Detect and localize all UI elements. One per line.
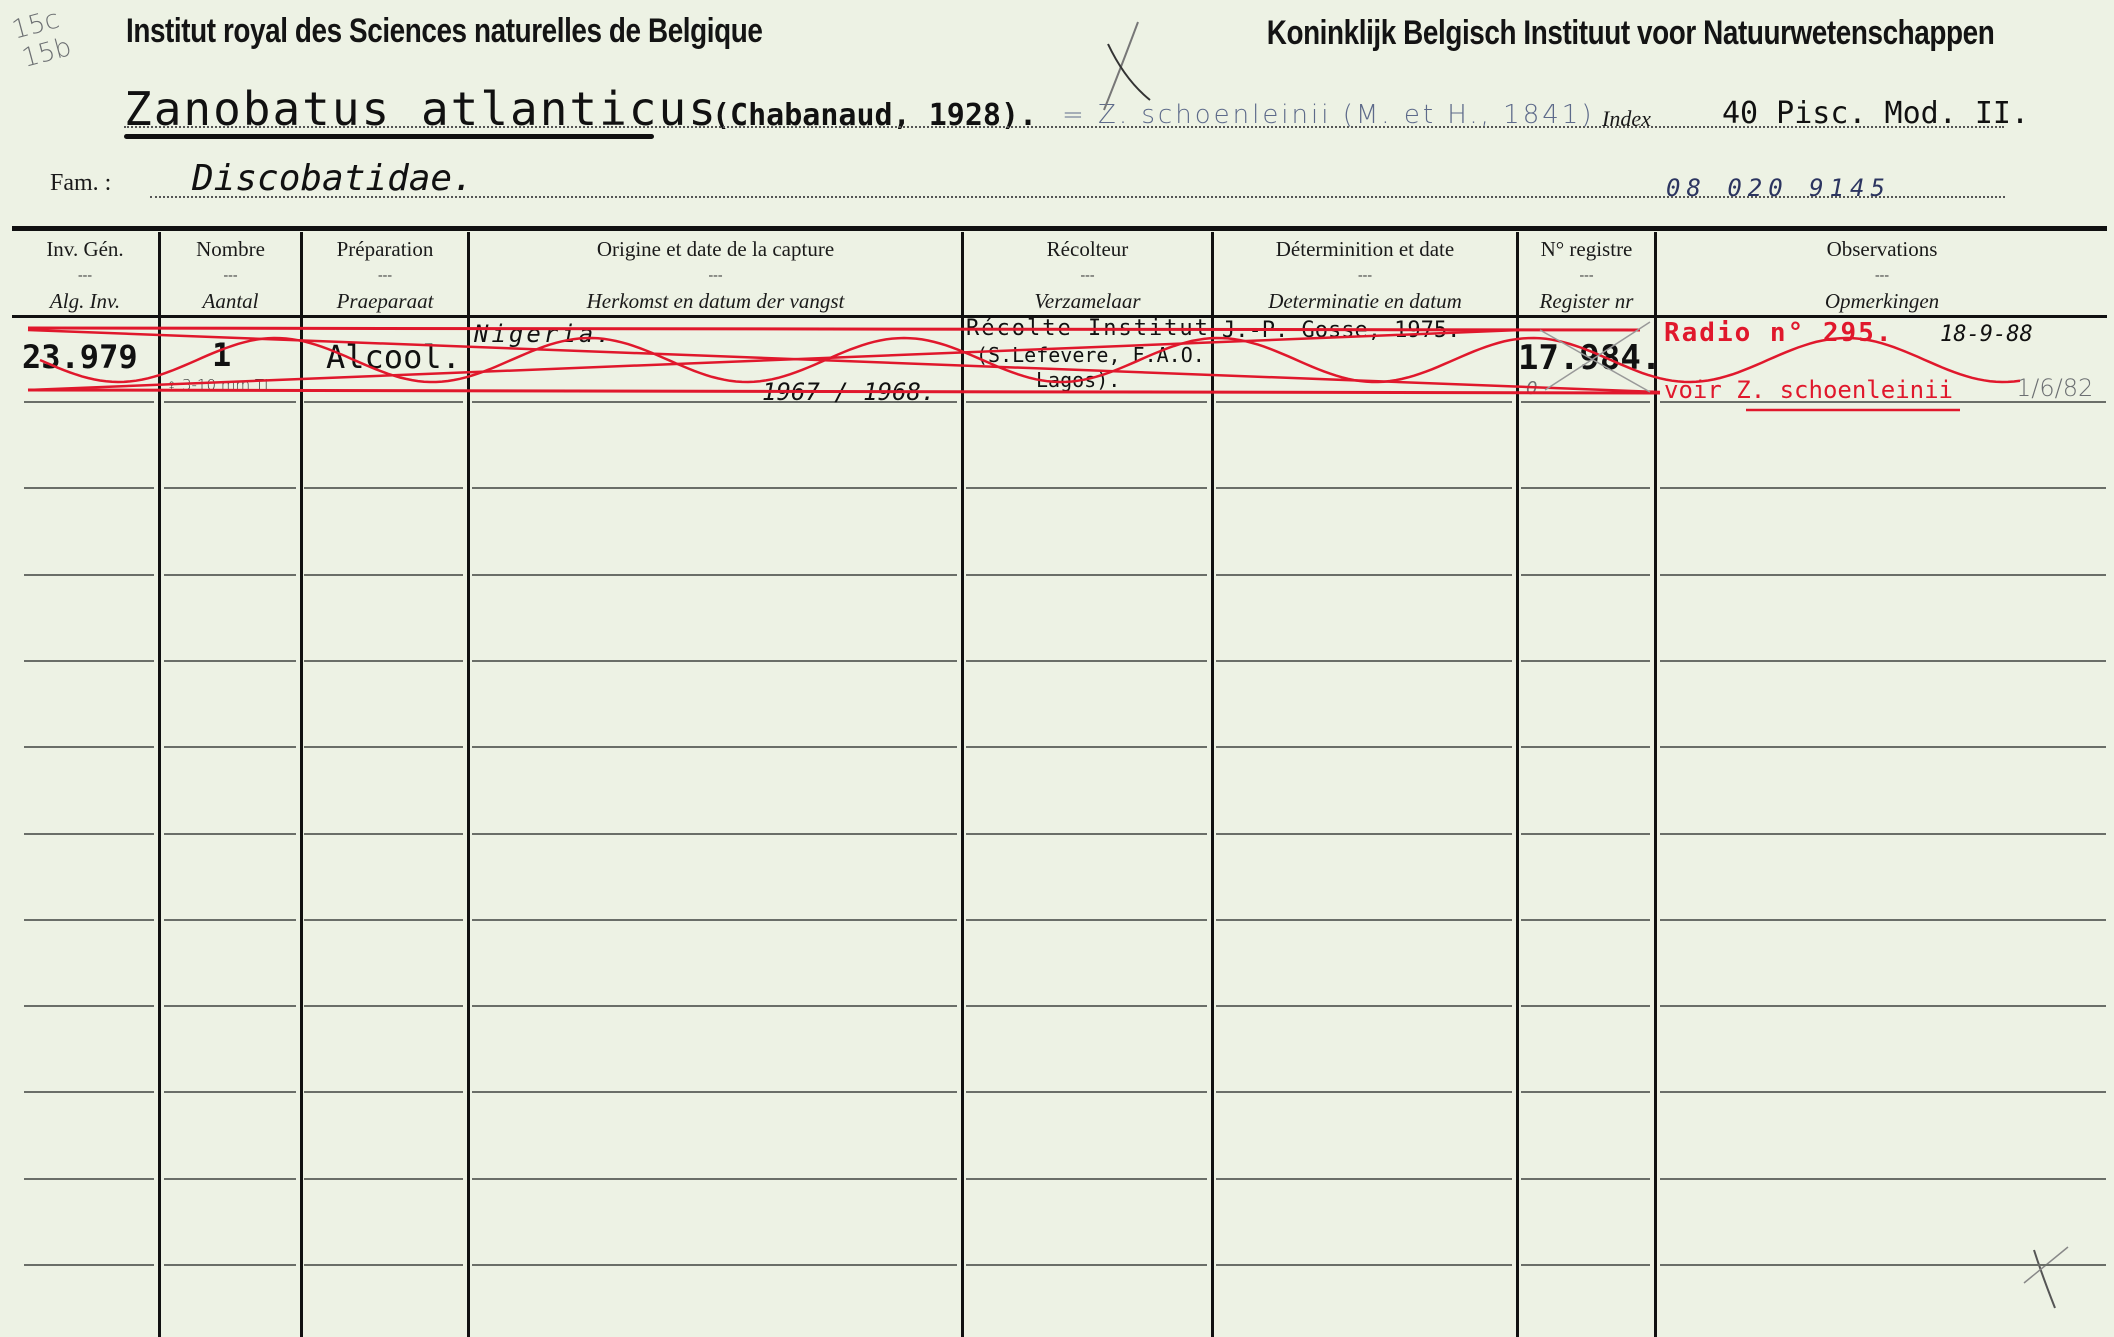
row-rule-line: [1660, 1091, 2106, 1093]
cell-obs-redetermination-date: 1/6/82: [2016, 374, 2093, 402]
row-rule-line: [966, 574, 1207, 576]
index-label: Index: [1602, 106, 1651, 132]
cell-recolteur-line2: (S.Lefevere, F.A.O.: [976, 343, 1205, 367]
cell-obs-radio-date: 18-9-88: [1940, 322, 2033, 347]
row-rule-line: [472, 1091, 957, 1093]
row-rule-line: [1216, 660, 1512, 662]
row-rule-line: [164, 1091, 296, 1093]
col-header-sep: ---: [161, 268, 300, 283]
col-header-fr: Nombre: [161, 236, 300, 262]
row-rule-line: [24, 746, 154, 748]
col-header-inv-gen: Inv. Gén. --- Alg. Inv.: [12, 236, 158, 314]
cell-nombre-note: ♀ 3-10 mm TL: [166, 376, 272, 394]
col-divider-6: [1516, 232, 1519, 1337]
col-divider-1: [158, 232, 161, 1337]
row-rule-line: [1660, 1178, 2106, 1180]
cell-obs-radio: Radio n° 295.: [1664, 318, 1894, 348]
col-header-fr: Inv. Gén.: [12, 236, 158, 262]
row-rule-line: [164, 1005, 296, 1007]
row-rule-line: [1216, 1005, 1512, 1007]
row-rule-line: [1521, 1005, 1650, 1007]
col-header-fr: Déterminition et date: [1214, 236, 1516, 262]
species-dotted-line: [124, 126, 2004, 128]
row-rule-line: [472, 833, 957, 835]
row-rule-line: [164, 919, 296, 921]
row-rule-line: [304, 401, 463, 403]
row-rule-line: [966, 1005, 1207, 1007]
row-rule-line: [304, 574, 463, 576]
row-rule-line: [164, 660, 296, 662]
cell-nombre: 1: [212, 336, 231, 374]
row-rule-line: [1521, 487, 1650, 489]
species-underline: [124, 134, 654, 139]
cell-origine: Nigeria.: [474, 320, 614, 348]
row-rule-line: [304, 1264, 463, 1266]
col-header-nl: Opmerkingen: [1657, 288, 2107, 314]
row-rule-line: [1521, 833, 1650, 835]
col-divider-3: [467, 232, 470, 1337]
col-divider-5: [1211, 232, 1214, 1337]
row-rule-line: [1521, 1178, 1650, 1180]
row-rule-line: [1660, 919, 2106, 921]
row-rule-line: [472, 1178, 957, 1180]
row-rule-line: [1216, 1264, 1512, 1266]
cell-origine-date: 1967 / 1968.: [762, 378, 935, 406]
row-rule-line: [304, 1178, 463, 1180]
col-header-registre: N° registre --- Register nr: [1519, 236, 1654, 314]
col-header-sep: ---: [964, 268, 1211, 283]
col-header-observations: Observations --- Opmerkingen: [1657, 236, 2107, 314]
col-header-sep: ---: [1214, 268, 1516, 283]
row-rule-line: [1660, 746, 2106, 748]
col-header-recolteur: Récolteur --- Verzamelaar: [964, 236, 1211, 314]
row-rule-line: [966, 487, 1207, 489]
row-rule-line: [304, 1091, 463, 1093]
col-header-fr: Récolteur: [964, 236, 1211, 262]
row-rule-line: [24, 833, 154, 835]
row-rule-line: [164, 401, 296, 403]
row-rule-line: [966, 660, 1207, 662]
row-rule-line: [1216, 487, 1512, 489]
row-rule-line: [966, 1264, 1207, 1266]
row-rule-line: [472, 746, 957, 748]
row-rule-line: [966, 1091, 1207, 1093]
cell-recolteur-line1: Récolte Institut: [966, 316, 1210, 341]
row-rule-line: [1216, 919, 1512, 921]
row-rule-line: [304, 919, 463, 921]
row-rule-line: [966, 746, 1207, 748]
row-rule-line: [1216, 1091, 1512, 1093]
col-header-nl: Alg. Inv.: [12, 288, 158, 314]
row-rule-line: [1521, 660, 1650, 662]
row-rule-line: [472, 487, 957, 489]
row-rule-line: [164, 833, 296, 835]
row-rule-line: [24, 1005, 154, 1007]
row-rule-line: [472, 660, 957, 662]
col-header-sep: ---: [1657, 268, 2107, 283]
row-rule-line: [966, 401, 1207, 403]
row-rule-line: [164, 746, 296, 748]
institute-title-fr: Institut royal des Sciences naturelles d…: [126, 12, 762, 51]
row-rule-line: [24, 401, 154, 403]
row-rule-line: [966, 833, 1207, 835]
row-rule-line: [1216, 746, 1512, 748]
row-rule-line: [1521, 574, 1650, 576]
row-rule-line: [1216, 833, 1512, 835]
row-rule-line: [1216, 1178, 1512, 1180]
row-rule-line: [24, 1264, 154, 1266]
col-header-nl: Aantal: [161, 288, 300, 314]
col-header-nombre: Nombre --- Aantal: [161, 236, 300, 314]
cell-recolteur-line3: Lagos).: [1036, 368, 1120, 392]
cell-registre: 17.984.: [1518, 338, 1661, 378]
cell-registre-note: 0: [1526, 378, 1537, 399]
row-rule-line: [304, 833, 463, 835]
col-header-fr: Observations: [1657, 236, 2107, 262]
row-rule-line: [164, 574, 296, 576]
col-header-sep: ---: [12, 268, 158, 283]
col-divider-2: [300, 232, 303, 1337]
row-rule-line: [304, 746, 463, 748]
row-rule-line: [1660, 1005, 2106, 1007]
family-value: Discobatidae.: [192, 158, 474, 199]
row-rule-line: [1521, 1091, 1650, 1093]
row-rule-line: [24, 574, 154, 576]
row-rule-line: [304, 487, 463, 489]
row-rule-line: [164, 487, 296, 489]
row-rule-line: [966, 919, 1207, 921]
row-rule-line: [1660, 487, 2106, 489]
row-rule-line: [24, 487, 154, 489]
row-rule-line: [24, 1091, 154, 1093]
family-label: Fam. :: [50, 170, 111, 197]
col-header-sep: ---: [303, 268, 467, 283]
col-header-fr: N° registre: [1519, 236, 1654, 262]
col-header-nl: Verzamelaar: [964, 288, 1211, 314]
row-rule-line: [472, 1264, 957, 1266]
table-top-rule: [12, 226, 2107, 231]
row-rule-line: [1521, 919, 1650, 921]
row-rule-line: [24, 1178, 154, 1180]
row-rule-line: [164, 1264, 296, 1266]
row-rule-line: [304, 1005, 463, 1007]
row-rule-line: [24, 660, 154, 662]
row-rule-line: [1660, 1264, 2106, 1266]
row-rule-line: [1521, 1264, 1650, 1266]
col-header-fr: Origine et date de la capture: [470, 236, 961, 262]
institute-title-nl: Koninklijk Belgisch Instituut voor Natuu…: [1266, 14, 1994, 53]
row-rule-line: [1521, 401, 1650, 403]
col-header-sep: ---: [1519, 268, 1654, 283]
row-rule-line: [966, 1178, 1207, 1180]
row-rule-line: [472, 1005, 957, 1007]
col-divider-7: [1654, 232, 1657, 1337]
col-divider-4: [961, 232, 964, 1337]
row-rule-line: [304, 660, 463, 662]
family-dotted-line: [150, 196, 2005, 198]
col-header-origine: Origine et date de la capture --- Herkom…: [470, 236, 961, 314]
col-header-nl: Determinatie en datum: [1214, 288, 1516, 314]
row-rule-line: [1660, 833, 2106, 835]
col-header-nl: Praeparaat: [303, 288, 467, 314]
row-rule-line: [1216, 401, 1512, 403]
row-rule-line: [472, 919, 957, 921]
col-header-preparation: Préparation --- Praeparaat: [303, 236, 467, 314]
cell-inv-gen: 23.979: [22, 338, 138, 376]
col-header-sep: ---: [470, 268, 961, 283]
row-rule-line: [472, 574, 957, 576]
cell-preparation: Alcool.: [326, 338, 461, 376]
col-header-nl: Herkomst en datum der vangst: [470, 288, 961, 314]
row-rule-line: [1216, 574, 1512, 576]
col-header-determination: Déterminition et date --- Determinatie e…: [1214, 236, 1516, 314]
row-rule-line: [1521, 746, 1650, 748]
row-rule-line: [24, 919, 154, 921]
cell-determination: J.-P. Gosse, 1975.: [1222, 318, 1460, 343]
col-header-fr: Préparation: [303, 236, 467, 262]
row-rule-line: [1660, 574, 2106, 576]
row-rule-line: [164, 1178, 296, 1180]
cell-obs-redetermination: voir Z. schoenleinii: [1664, 376, 1953, 404]
col-header-nl: Register nr: [1519, 288, 1654, 314]
row-rule-line: [1660, 660, 2106, 662]
